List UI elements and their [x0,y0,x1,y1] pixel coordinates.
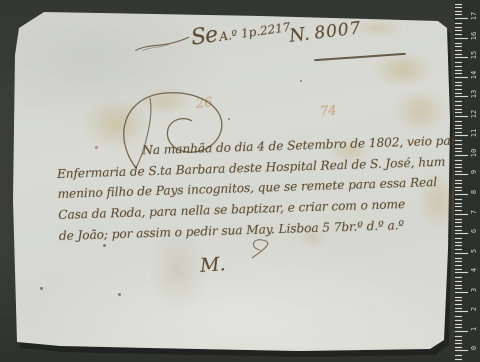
ruler-tick [455,151,462,152]
manuscript-text-block: Na manhãa do dia 4 de Setembro de 1802, … [56,130,477,247]
ruler-tick [455,66,462,67]
ruler-tick [455,7,462,8]
ruler-tick [455,183,462,184]
ruler-tick [455,89,462,90]
ruler-number-1: 1 [470,323,478,335]
ruler-tick [455,34,462,35]
ruler-tick [455,194,468,195]
ruler-tick [455,336,462,337]
ruler-tick [455,144,462,145]
ruler-tick [455,253,468,254]
ruler-tick [455,77,468,78]
ruler-number-16: 16 [470,30,478,42]
ruler-tick [455,85,462,86]
ruler-tick [455,112,462,113]
ruler-tick [455,343,462,344]
ruler-tick [455,258,462,259]
ruler-tick [455,164,462,165]
ruler-tick [455,238,462,239]
ruler-tick [455,38,468,39]
ink-speck [300,80,302,82]
ruler-tick [455,320,462,321]
ruler-tick [455,300,462,301]
ruler-number-13: 13 [470,88,478,100]
ruler-tick [455,14,462,15]
ruler-tick [455,11,462,12]
manuscript-lines: Na manhãa do dia 4 de Setembro de 1802, … [56,130,477,247]
ruler-tick [455,277,462,278]
ruler-tick [455,269,462,270]
ruler-tick [455,101,462,102]
ruler-tick [455,167,462,168]
ruler-tick [455,23,462,24]
ruler-tick [455,174,468,175]
ruler-tick [455,109,462,110]
ruler-tick [455,121,462,122]
ruler-tick [455,285,462,286]
ruler-tick [455,96,468,97]
ruler-tick [455,214,468,215]
ruler-tick [455,331,468,332]
ruler-tick [455,4,462,5]
ruler-tick [455,292,468,293]
ruler-tick [455,226,462,227]
ruler-tick [455,27,462,28]
ruler-tick [455,245,462,246]
pen-flourish-icon [133,33,192,55]
ruler-tick [455,203,462,204]
ruler-tick [455,148,462,149]
ruler-tick [455,18,468,19]
ruler-tick [455,327,462,328]
ruler-tick [455,187,462,188]
ruler-tick [455,219,462,220]
ruler-tick [455,249,462,250]
ruler-tick [455,340,462,341]
ruler-number-7: 7 [470,206,478,218]
ruler-tick [455,350,468,351]
ruler-tick [455,155,468,156]
ink-speck [40,287,43,290]
ruler-tick [455,347,462,348]
ruler-tick [455,62,462,63]
ruler-number-15: 15 [470,49,478,61]
ruler-tick [455,30,462,31]
ruler-tick [455,105,462,106]
ruler-number-17: 17 [470,10,478,22]
ruler-tick [455,359,462,360]
ruler-tick [455,316,462,317]
ruler-number-10: 10 [470,147,478,159]
ruler-tick [455,222,462,223]
ruler-tick [455,233,468,234]
ruler-number-11: 11 [470,127,478,139]
ruler-number-0: 0 [470,342,478,354]
ruler-tick [455,171,462,172]
ruler-tick [455,140,462,141]
ruler-tick [455,135,468,136]
ruler-tick [455,261,462,262]
ruler-number-2: 2 [470,303,478,315]
ruler-tick [455,57,468,58]
ruler-number-4: 4 [470,264,478,276]
ruler-tick [455,116,468,117]
ruler-number-6: 6 [470,225,478,237]
ruler-tick [455,210,462,211]
ruler-tick [455,308,462,309]
annotation-initial: Se [189,22,218,50]
ruler-number-14: 14 [470,69,478,81]
ruler-number-9: 9 [470,166,478,178]
signature-flourish-icon [222,238,278,260]
ruler-number-12: 12 [470,108,478,120]
ruler-tick [455,272,468,273]
ruler-tick [455,311,468,312]
ruler-tick [455,125,462,126]
ruler-tick [455,132,462,133]
ruler-tick [455,73,462,74]
ruler-tick [455,50,462,51]
signature: M. [199,253,226,277]
ruler-tick [455,160,462,161]
ruler-tick [455,54,462,55]
ruler-tick [455,355,462,356]
measuring-scale: 17161514131211109876543210 [454,0,480,362]
ruler-tick [455,43,462,44]
number-label: N. [288,24,311,47]
ruler-tick [455,230,462,231]
ruler-tick [455,304,462,305]
bleedthrough-mark: 74 [319,103,337,119]
photograph-of-manuscript: 26 74 SeA.º 1p.2217 N.8007 Na manhãa do … [0,0,480,362]
ruler-tick [455,70,462,71]
ruler-tick [455,93,462,94]
ruler-tick [455,180,462,181]
ruler-tick [455,82,462,83]
ruler-tick [455,206,462,207]
ruler-tick [455,281,462,282]
ruler-number-8: 8 [470,186,478,198]
ruler-tick [455,128,462,129]
ruler-number-5: 5 [470,245,478,257]
ruler-number-3: 3 [470,284,478,296]
ruler-tick [455,199,462,200]
ruler-tick [455,324,462,325]
ruler-tick [455,265,462,266]
ruler-tick [455,190,462,191]
ink-speck [118,293,121,296]
ruler-tick [455,288,462,289]
ruler-tick [455,297,462,298]
ruler-tick [455,242,462,243]
ruler-tick [455,46,462,47]
